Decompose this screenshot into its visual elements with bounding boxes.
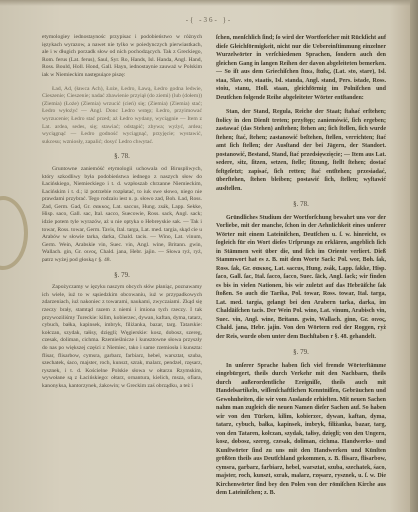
ring-stain (0, 196, 28, 270)
book-gutter (410, 0, 418, 512)
left-section-78-title: §. 78. (42, 153, 202, 161)
right-section-78-title: §. 78. (216, 200, 386, 209)
right-para-77-end: ſchen, menſchlich ſind; ſo wird der Wort… (216, 34, 386, 102)
book-page: -{ -36- }- etymologiey iednostaynośc prz… (0, 0, 410, 512)
left-section-79-title: §. 79. (42, 272, 202, 280)
left-column-polish: etymologiey iednostaynośc przypisac i po… (42, 34, 202, 391)
right-section-79-title: §. 79. (216, 348, 386, 357)
left-para-77-list: Ład, Ad, (ławca Ach), Łoże, Łedro, Ławą,… (42, 86, 202, 147)
right-para-78: Gründliches Studium der Wortforſchung be… (216, 214, 386, 342)
right-column-german: ſchen, menſchlich ſind; ſo wird der Wort… (216, 34, 386, 498)
left-para-79: Zapożyczamy w ięzyku naszym obcych słów … (42, 284, 202, 390)
left-para-77-end: etymologiey iednostaynośc przypisac i po… (42, 34, 202, 80)
page-top-shadow (0, 0, 418, 6)
right-para-79: In unſerer Sprache haben ſich viel fremd… (216, 362, 386, 498)
left-para-78: Gruntowne zaniemóść etymologii uchowala … (42, 166, 202, 265)
page-header: -{ -36- }- (0, 16, 418, 24)
right-para-77-list: Stan, der Stand, Regula, Reiche der Staa… (216, 108, 386, 193)
